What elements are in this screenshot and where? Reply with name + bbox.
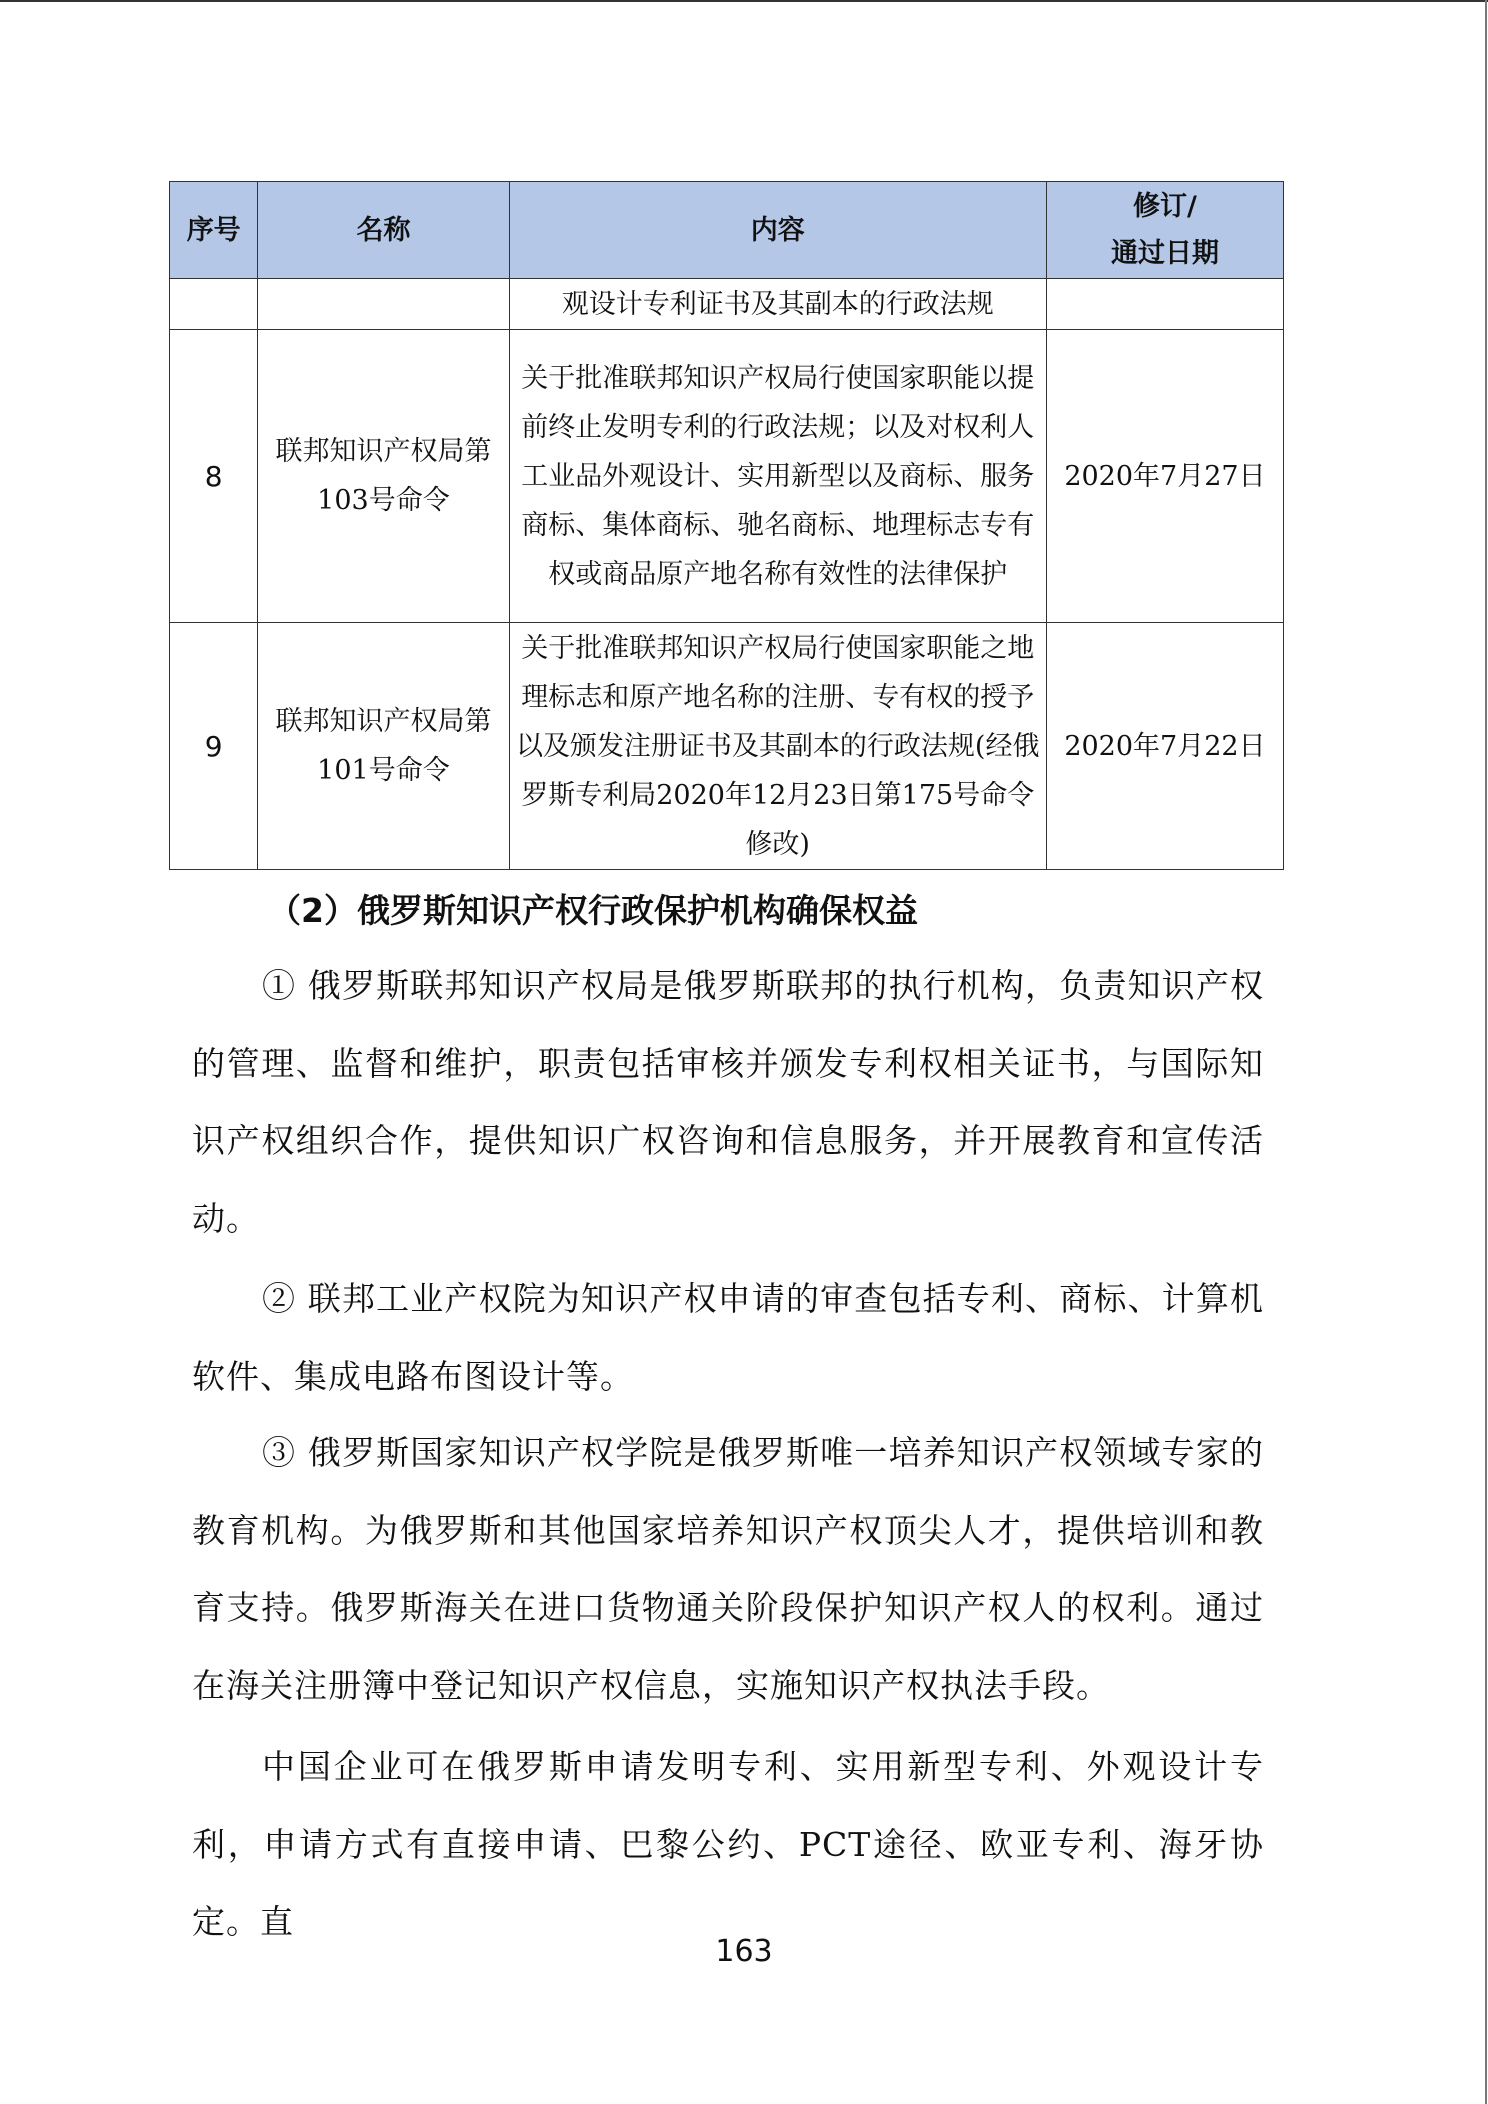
table-row: 8 联邦知识产权局第103号命令 关于批准联邦知识产权局行使国家职能以提前终止发… — [170, 330, 1284, 623]
paragraph-ipo: ① 俄罗斯联邦知识产权局是俄罗斯联邦的执行机构，负责知识产权的管理、监督和维护，… — [192, 947, 1264, 1257]
paragraph-chinese-enterprises: 中国企业可在俄罗斯申请发明专利、实用新型专利、外观设计专利，申请方式有直接申请、… — [192, 1728, 1264, 1961]
cell-name — [258, 279, 509, 330]
cell-content: 关于批准联邦知识产权局行使国家职能之地理标志和原产地名称的注册、专有权的授予以及… — [509, 623, 1046, 870]
cell-no — [170, 279, 258, 330]
right-border — [1485, 0, 1487, 2104]
table-header-row: 序号 名称 内容 修订/ 通过日期 — [170, 182, 1284, 279]
cell-no: 8 — [170, 330, 258, 623]
cell-date — [1046, 279, 1283, 330]
cell-content: 观设计专利证书及其副本的行政法规 — [509, 279, 1046, 330]
page-number: 163 — [0, 1934, 1488, 1969]
cell-no: 9 — [170, 623, 258, 870]
regulations-table: 序号 名称 内容 修订/ 通过日期 观设计专利证书及其副本的行政法规 8 联邦知… — [169, 181, 1284, 870]
cell-name: 联邦知识产权局第101号命令 — [258, 623, 509, 870]
header-no: 序号 — [170, 182, 258, 279]
table-row: 9 联邦知识产权局第101号命令 关于批准联邦知识产权局行使国家职能之地理标志和… — [170, 623, 1284, 870]
header-content: 内容 — [509, 182, 1046, 279]
paragraph-industrial-property-institute: ② 联邦工业产权院为知识产权申请的审查包括专利、商标、计算机软件、集成电路布图设… — [192, 1260, 1264, 1415]
cell-name: 联邦知识产权局第103号命令 — [258, 330, 509, 623]
cell-content: 关于批准联邦知识产权局行使国家职能以提前终止发明专利的行政法规；以及对权利人工业… — [509, 330, 1046, 623]
top-border — [0, 0, 1488, 2]
header-date-line1: 修订/ — [1049, 183, 1281, 230]
cell-date: 2020年7月27日 — [1046, 330, 1283, 623]
section-heading: （2）俄罗斯知识产权行政保护机构确保权益 — [268, 885, 918, 932]
header-date-line2: 通过日期 — [1049, 230, 1281, 277]
paragraph-ip-academy: ③ 俄罗斯国家知识产权学院是俄罗斯唯一培养知识产权领域专家的教育机构。为俄罗斯和… — [192, 1414, 1264, 1724]
table-row: 观设计专利证书及其副本的行政法规 — [170, 279, 1284, 330]
header-date: 修订/ 通过日期 — [1046, 182, 1283, 279]
header-name: 名称 — [258, 182, 509, 279]
cell-date: 2020年7月22日 — [1046, 623, 1283, 870]
